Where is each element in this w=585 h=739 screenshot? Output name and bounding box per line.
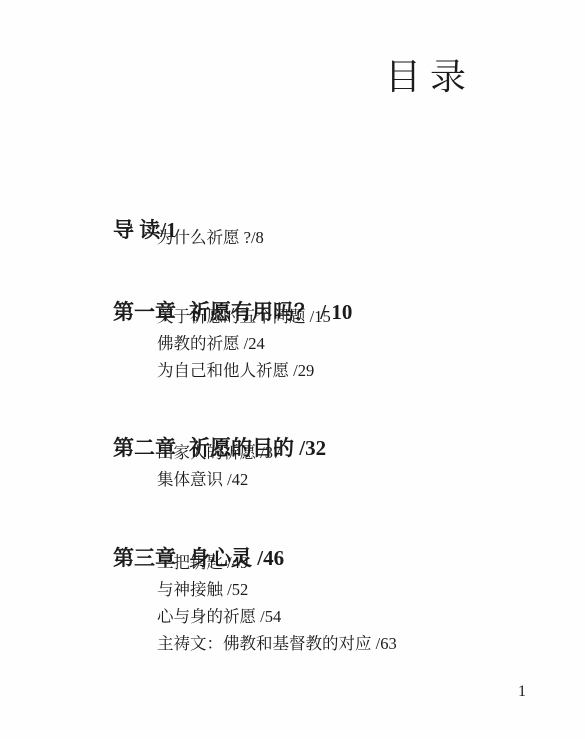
toc-item: 佛教的祈愿 /24	[157, 336, 265, 353]
toc-item: 与神接触 /52	[157, 582, 248, 599]
toc-item: 为自己和他人祈愿 /29	[157, 363, 314, 380]
book-page: 目录 导 读/1 为什么祈愿 ?/8 第一章祈愿有用吗？ / 10 关于祈愿的五…	[0, 0, 585, 739]
toc-item: 出家人的祈愿 /37	[157, 445, 281, 462]
page-number: 1	[518, 684, 526, 700]
toc-item: 主祷文：佛教和基督教的对应 /63	[157, 636, 397, 653]
toc-item: 三把钥匙 /49	[157, 555, 248, 572]
page-title: 目录	[385, 58, 475, 98]
toc-item: 心与身的祈愿 /54	[157, 609, 281, 626]
toc-item: 为什么祈愿 ?/8	[157, 230, 264, 247]
toc-item: 关于祈愿的五个问题 /15	[157, 309, 331, 326]
toc-item: 集体意识 /42	[157, 472, 248, 489]
